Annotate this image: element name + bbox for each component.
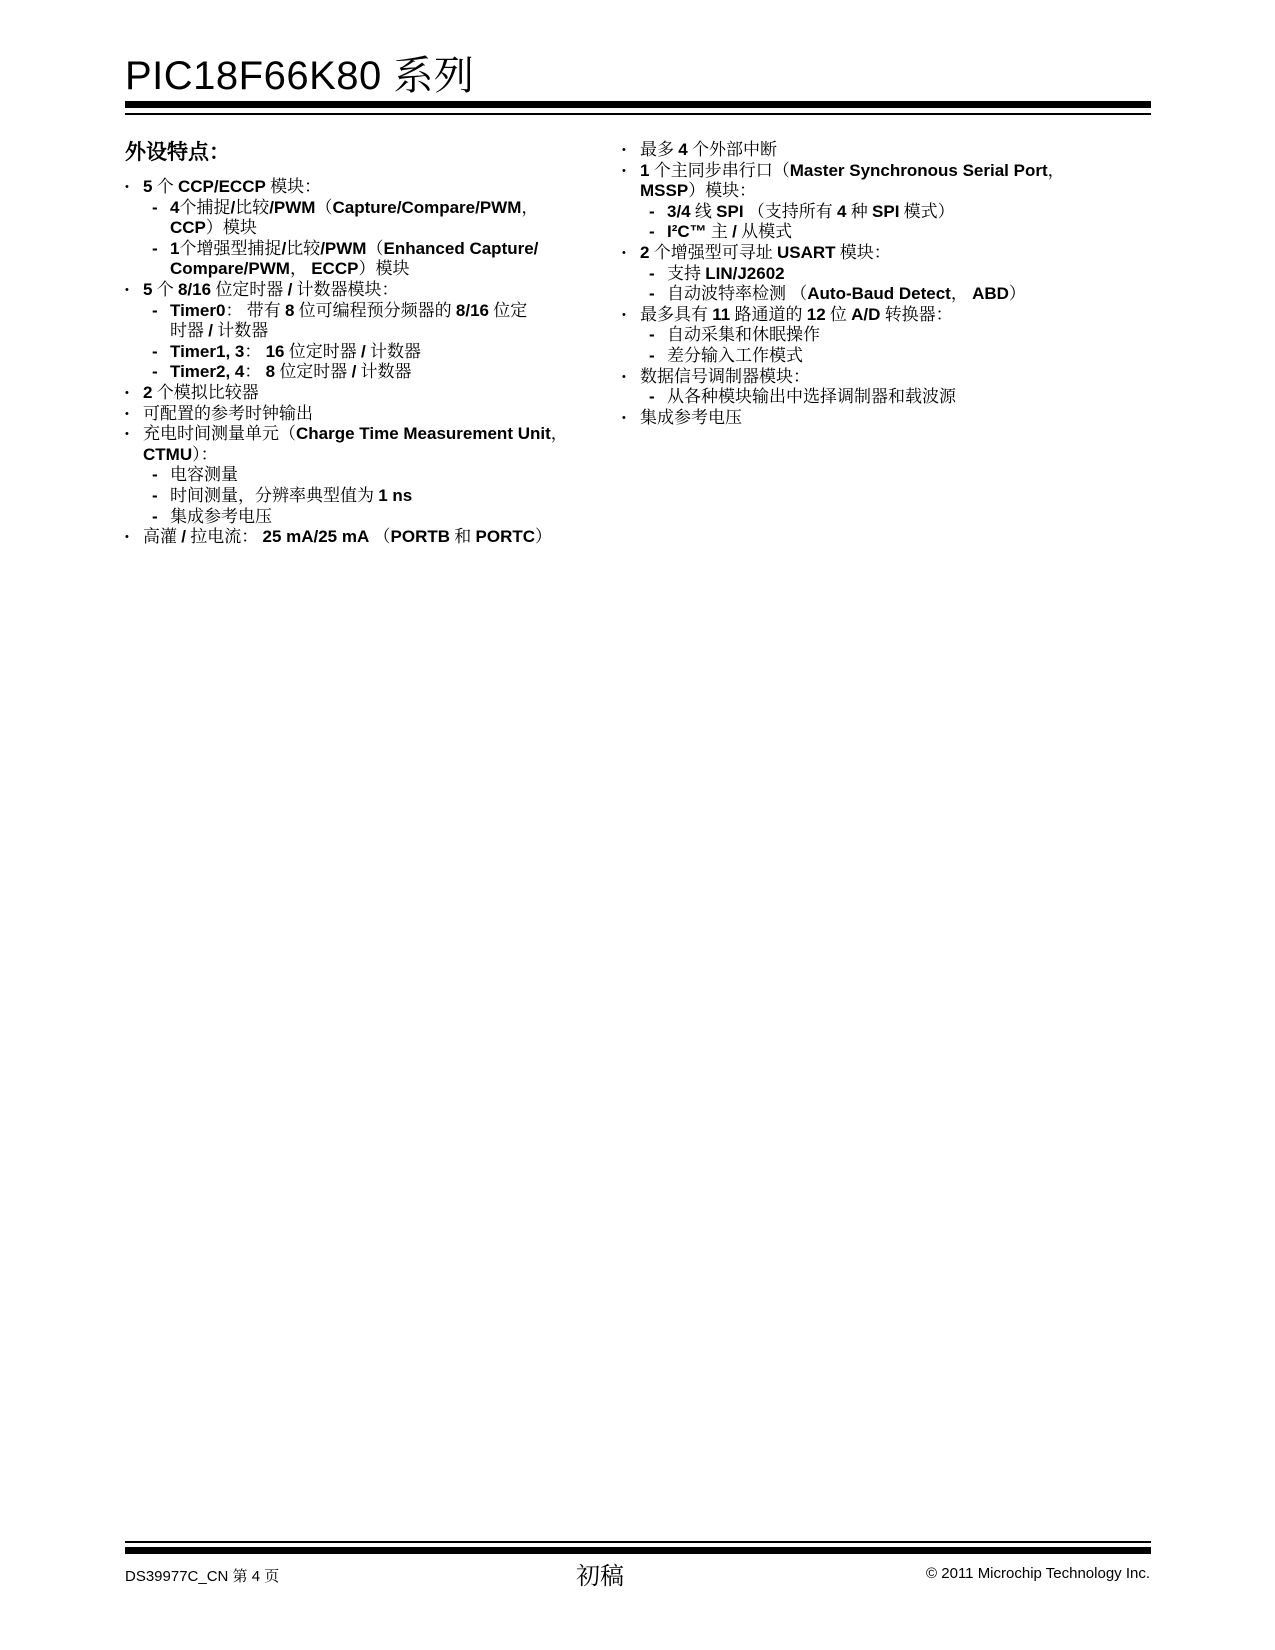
list-item: -Timer0： 带有 8 位可编程预分频器的 8/16 位定 时器 / 计数器: [152, 301, 590, 342]
dash-marker: -: [649, 222, 667, 243]
bullet-marker: •: [622, 305, 640, 326]
list-item-text: 5 个 CCP/ECCP 模块：: [143, 177, 321, 198]
list-item-text: 5 个 8/16 位定时器 / 计数器模块：: [143, 280, 399, 301]
dash-marker: -: [649, 325, 667, 346]
list-item: •高灌 / 拉电流： 25 mA/25 mA （PORTB 和 PORTC）: [125, 527, 590, 548]
list-item-text: 最多具有 11 路通道的 12 位 A/D 转换器：: [640, 305, 953, 326]
list-item: -时间测量，分辨率典型值为 1 ns: [152, 486, 590, 507]
list-item-text: 集成参考电压: [170, 507, 272, 528]
list-item: -从各种模块输出中选择调制器和载波源: [649, 387, 1157, 408]
bullet-marker: •: [622, 243, 640, 264]
list-item: •充电时间测量单元（Charge Time Measurement Unit， …: [125, 424, 590, 465]
list-item: -Timer2, 4： 8 位定时器 / 计数器: [152, 362, 590, 383]
bullet-marker: •: [125, 177, 143, 198]
list-item: •可配置的参考时钟输出: [125, 404, 590, 425]
dash-marker: -: [649, 264, 667, 285]
bullet-marker: •: [622, 367, 640, 388]
list-item: •最多具有 11 路通道的 12 位 A/D 转换器：: [622, 305, 1157, 326]
list-item: -Timer1, 3： 16 位定时器 / 计数器: [152, 342, 590, 363]
list-item-text: 2 个模拟比较器: [143, 383, 259, 404]
list-item-text: 电容测量: [170, 465, 238, 486]
dash-marker: -: [152, 198, 170, 219]
list-item-text: 2 个增强型可寻址 USART 模块：: [640, 243, 891, 264]
list-item-text: 支持 LIN/J2602: [667, 264, 785, 285]
feature-list-right: •最多 4 个外部中断•1 个主同步串行口（Master Synchronous…: [622, 140, 1157, 428]
bullet-marker: •: [622, 408, 640, 429]
list-item-text: 4个捕捉/比较/PWM（Capture/Compare/PWM， CCP）模块: [170, 198, 538, 239]
list-item: •2 个增强型可寻址 USART 模块：: [622, 243, 1157, 264]
list-item: -自动采集和休眠操作: [649, 325, 1157, 346]
dash-marker: -: [152, 362, 170, 383]
list-item-text: 充电时间测量单元（Charge Time Measurement Unit， C…: [143, 424, 568, 465]
list-item-text: 从各种模块输出中选择调制器和载波源: [667, 387, 956, 408]
dash-marker: -: [152, 301, 170, 322]
list-item-text: 自动采集和休眠操作: [667, 325, 820, 346]
footer-rule-thin: [125, 1541, 1151, 1543]
footer-rule-thick: [125, 1547, 1151, 1554]
list-item: -自动波特率检测 （Auto-Baud Detect， ABD）: [649, 284, 1157, 305]
dash-marker: -: [649, 202, 667, 223]
list-item: -4个捕捉/比较/PWM（Capture/Compare/PWM， CCP）模块: [152, 198, 590, 239]
list-item: -支持 LIN/J2602: [649, 264, 1157, 285]
list-item: -1个增强型捕捉/比较/PWM（Enhanced Capture/ Compar…: [152, 239, 590, 280]
section-heading: 外设特点：: [125, 140, 590, 165]
list-item: -3/4 线 SPI （支持所有 4 种 SPI 模式）: [649, 202, 1157, 223]
feature-list-left: •5 个 CCP/ECCP 模块：-4个捕捉/比较/PWM（Capture/Co…: [125, 177, 590, 548]
list-item: -集成参考电压: [152, 507, 590, 528]
right-column: •最多 4 个外部中断•1 个主同步串行口（Master Synchronous…: [622, 140, 1157, 428]
list-item-text: 3/4 线 SPI （支持所有 4 种 SPI 模式）: [667, 202, 955, 223]
list-item-text: I²C™ 主 / 从模式: [667, 222, 792, 243]
list-item: •5 个 8/16 位定时器 / 计数器模块：: [125, 280, 590, 301]
list-item-text: 数据信号调制器模块：: [640, 367, 810, 388]
list-item: •5 个 CCP/ECCP 模块：: [125, 177, 590, 198]
list-item-text: 1个增强型捕捉/比较/PWM（Enhanced Capture/ Compare…: [170, 239, 538, 280]
dash-marker: -: [152, 465, 170, 486]
dash-marker: -: [649, 284, 667, 305]
dash-marker: -: [152, 486, 170, 507]
dash-marker: -: [152, 342, 170, 363]
list-item-text: 差分输入工作模式: [667, 346, 803, 367]
bullet-marker: •: [125, 383, 143, 404]
list-item: •集成参考电压: [622, 408, 1157, 429]
dash-marker: -: [649, 346, 667, 367]
bullet-marker: •: [125, 527, 143, 548]
list-item: •数据信号调制器模块：: [622, 367, 1157, 388]
bullet-marker: •: [125, 404, 143, 425]
list-item-text: Timer2, 4： 8 位定时器 / 计数器: [170, 362, 412, 383]
list-item: •最多 4 个外部中断: [622, 140, 1157, 161]
list-item-text: Timer1, 3： 16 位定时器 / 计数器: [170, 342, 421, 363]
footer-copyright: © 2011 Microchip Technology Inc.: [926, 1565, 1150, 1582]
list-item-text: 集成参考电压: [640, 408, 742, 429]
bullet-marker: •: [622, 140, 640, 161]
list-item-text: 时间测量，分辨率典型值为 1 ns: [170, 486, 412, 507]
left-column: 外设特点： •5 个 CCP/ECCP 模块：-4个捕捉/比较/PWM（Capt…: [125, 140, 590, 548]
dash-marker: -: [152, 239, 170, 260]
bullet-marker: •: [125, 424, 143, 445]
dash-marker: -: [649, 387, 667, 408]
page-title: PIC18F66K80 系列: [125, 44, 474, 101]
header-rule-thin: [125, 113, 1151, 115]
dash-marker: -: [152, 507, 170, 528]
list-item: -I²C™ 主 / 从模式: [649, 222, 1157, 243]
list-item-text: 可配置的参考时钟输出: [143, 404, 313, 425]
list-item-text: 最多 4 个外部中断: [640, 140, 777, 161]
list-item: •2 个模拟比较器: [125, 383, 590, 404]
list-item: -差分输入工作模式: [649, 346, 1157, 367]
header-rule-thick: [125, 101, 1151, 108]
list-item: -电容测量: [152, 465, 590, 486]
bullet-marker: •: [125, 280, 143, 301]
list-item-text: Timer0： 带有 8 位可编程预分频器的 8/16 位定 时器 / 计数器: [170, 301, 527, 342]
list-item-text: 自动波特率检测 （Auto-Baud Detect， ABD）: [667, 284, 1026, 305]
list-item-text: 高灌 / 拉电流： 25 mA/25 mA （PORTB 和 PORTC）: [143, 527, 552, 548]
bullet-marker: •: [622, 161, 640, 182]
datasheet-page: PIC18F66K80 系列 外设特点： •5 个 CCP/ECCP 模块：-4…: [0, 0, 1275, 1650]
list-item-text: 1 个主同步串行口（Master Synchronous Serial Port…: [640, 161, 1065, 202]
list-item: •1 个主同步串行口（Master Synchronous Serial Por…: [622, 161, 1157, 202]
